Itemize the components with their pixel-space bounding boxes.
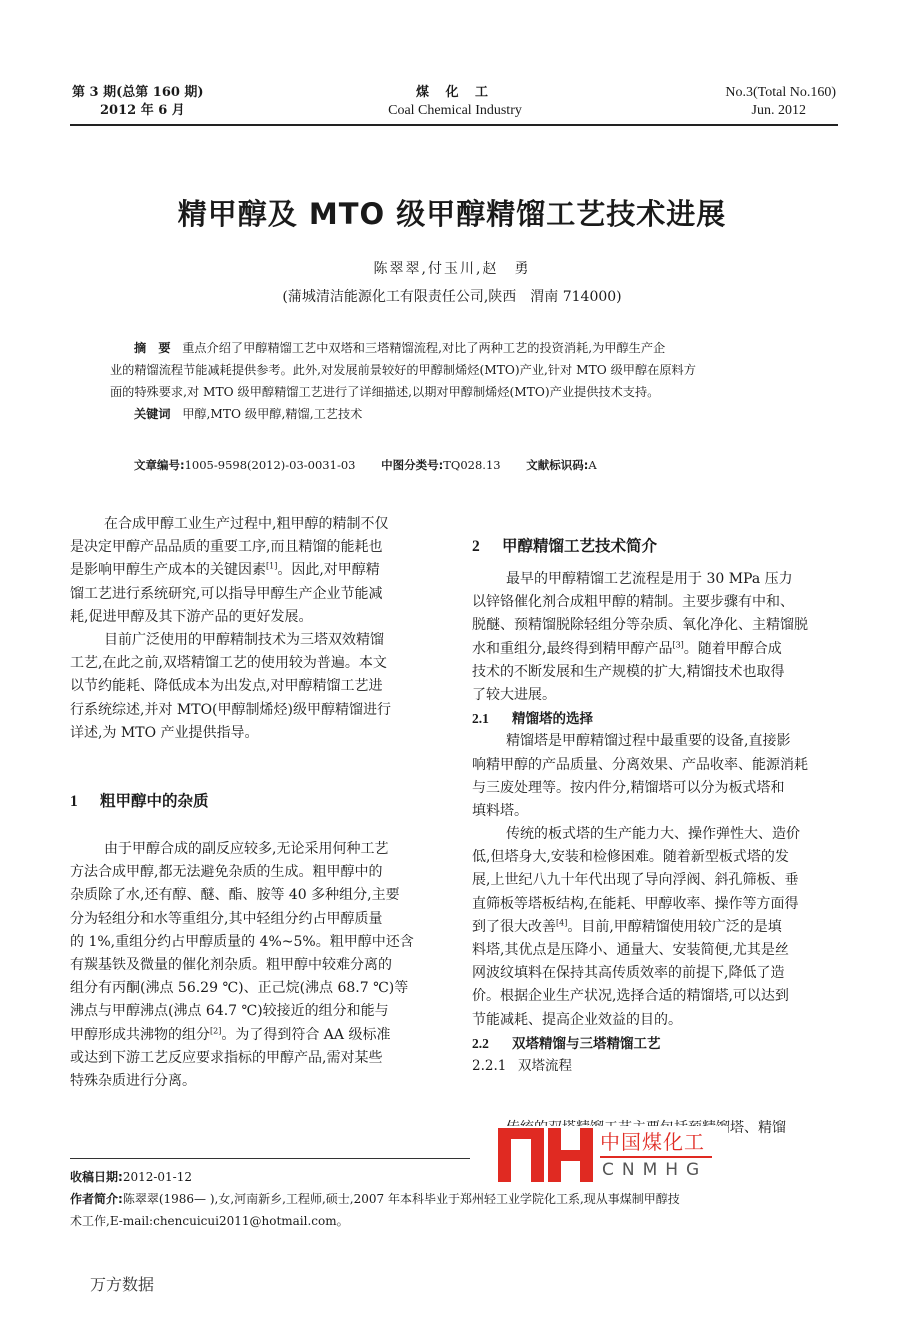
article-title: 精甲醇及 MTO 级甲醇精馏工艺技术进展 bbox=[60, 192, 844, 233]
section-1-body: 由于甲醇合成的副反应较多,无论采用何种工艺 方法合成甲醇,都无法避免杂质的生成。… bbox=[70, 838, 442, 1093]
body-line: 料塔,其优点是压降小、通量大、安装简便,尤其是丝 bbox=[472, 939, 836, 962]
doc-code-label: 文献标识码: bbox=[526, 458, 588, 472]
author-bio: 作者简介:陈翠翠(1986— ),女,河南新乡,工程师,硕士,2007 年本科毕… bbox=[70, 1188, 840, 1210]
body-line: 到了很大改善[4]。目前,甲醇精馏使用较广泛的是填 bbox=[472, 916, 836, 939]
received-date: 收稿日期:2012-01-12 bbox=[70, 1166, 840, 1188]
issue-info-en: No.3(Total No.160) Jun. 2012 bbox=[725, 84, 836, 120]
source-watermark: 万方数据 bbox=[90, 1272, 154, 1295]
body-line: 了较大进展。 bbox=[472, 684, 836, 707]
issue-number-en: No.3(Total No.160) bbox=[725, 84, 836, 102]
citation-ref[interactable]: [4] bbox=[556, 918, 567, 927]
body-line: 耗,促进甲醇及其下游产品的更好发展。 bbox=[70, 606, 442, 629]
citation-ref[interactable]: [3] bbox=[672, 640, 683, 649]
issue-date-cn: 2012 年 6 月 bbox=[72, 102, 204, 120]
issue-info-cn: 第 3 期(总第 160 期) 2012 年 6 月 bbox=[72, 84, 204, 120]
article-no-label: 文章编号: bbox=[134, 458, 185, 472]
logo-rule bbox=[600, 1156, 712, 1158]
body-line: 低,但塔身大,安装和检修困难。随着新型板式塔的发 bbox=[472, 846, 836, 869]
body-line: 传统的板式塔的生产能力大、操作弹性大、造价 bbox=[472, 823, 836, 846]
footnote-rule bbox=[70, 1158, 470, 1159]
author-bio-contd: 术工作,E-mail:chencuicui2011@hotmail.com。 bbox=[70, 1210, 840, 1232]
body-line: 最早的甲醇精馏工艺流程是用于 30 MPa 压力 bbox=[472, 568, 836, 591]
body-line: 技术的不断发展和生产规模的扩大,精馏技术也取得 bbox=[472, 661, 836, 684]
body-line: 详述,为 MTO 产业提供指导。 bbox=[70, 722, 442, 745]
citation-ref[interactable]: [2] bbox=[210, 1026, 221, 1035]
body-line: 价。根据企业生产状况,选择合适的精馏塔,可以达到 bbox=[472, 985, 836, 1008]
keywords: 关键词 甲醇,MTO 级甲醇,精馏,工艺技术 bbox=[110, 403, 840, 425]
body-line: 目前广泛使用的甲醇精制技术为三塔双效精馏 bbox=[70, 629, 442, 652]
abstract-label: 摘 要 bbox=[134, 341, 171, 355]
body-line: 在合成甲醇工业生产过程中,粗甲醇的精制不仅 bbox=[70, 513, 442, 536]
body-line: 杂质除了水,还有醇、醚、酯、胺等 40 多种组分,主要 bbox=[70, 884, 442, 907]
abstract-line: 重点介绍了甲醇精馏工艺中双塔和三塔精馏流程,对比了两种工艺的投资消耗,为甲醇生产… bbox=[182, 341, 665, 355]
abstract-line: 业的精馏流程节能减耗提供参考。此外,对发展前景较好的甲醇制烯烃(MTO)产业,针… bbox=[110, 359, 840, 381]
body-line: 以锌铬催化剂合成粗甲醇的精制。主要步骤有中和、 bbox=[472, 591, 836, 614]
clc-number: TQ028.13 bbox=[443, 458, 500, 472]
body-line: 方法合成甲醇,都无法避免杂质的生成。粗甲醇中的 bbox=[70, 861, 442, 884]
subsection-2-1-heading: 2.1精馏塔的选择 bbox=[472, 707, 836, 730]
header-rule bbox=[70, 124, 838, 126]
body-line: 组分有丙酮(沸点 56.29 ℃)、正己烷(沸点 68.7 ℃)等 bbox=[70, 977, 442, 1000]
body-line: 直筛板等塔板结构,在能耗、甲醇收率、操作等方面得 bbox=[472, 893, 836, 916]
issue-number-cn: 第 3 期(总第 160 期) bbox=[72, 84, 204, 102]
body-line: 甲醇形成共沸物的组分[2]。为了得到符合 AA 级标准 bbox=[70, 1024, 442, 1047]
body-line: 是决定甲醇产品品质的重要工序,而且精馏的能耗也 bbox=[70, 536, 442, 559]
body-line: 有羰基铁及微量的催化剂杂质。粗甲醇中较难分离的 bbox=[70, 954, 442, 977]
body-line: 以节约能耗、降低成本为出发点,对甲醇精馏工艺进 bbox=[70, 675, 442, 698]
body-line: 或达到下游工艺反应要求指标的甲醇产品,需对某些 bbox=[70, 1047, 442, 1070]
body-line: 精馏塔是甲醇精馏过程中最重要的设备,直接影 bbox=[472, 730, 836, 753]
body-line: 脱醚、预精馏脱除轻组分等杂质、氧化净化、主精馏脱 bbox=[472, 614, 836, 637]
body-line: 水和重组分,最终得到精甲醇产品[3]。随着甲醇合成 bbox=[472, 638, 836, 661]
clc-label: 中图分类号: bbox=[381, 458, 443, 472]
issue-date-en: Jun. 2012 bbox=[725, 102, 836, 120]
body-line: 行系统综述,并对 MTO(甲醇制烯烃)级甲醇精馏进行 bbox=[70, 699, 442, 722]
footnote: 收稿日期:2012-01-12 作者简介:陈翠翠(1986— ),女,河南新乡,… bbox=[70, 1166, 840, 1232]
body-line: 的 1%,重组分约占甲醇质量的 4%~5%。粗甲醇中还含 bbox=[70, 931, 442, 954]
journal-name-cn: 煤 化 工 bbox=[340, 84, 570, 102]
body-line: 馏工艺进行系统研究,可以指导甲醇生产企业节能减 bbox=[70, 583, 442, 606]
keywords-label: 关键词 bbox=[134, 407, 171, 421]
journal-name-en: Coal Chemical Industry bbox=[340, 102, 570, 120]
body-line: 特殊杂质进行分离。 bbox=[70, 1070, 442, 1093]
body-line: 分为轻组分和水等重组分,其中轻组分约占甲醇质量 bbox=[70, 908, 442, 931]
body-line: 与三废处理等。按内件分,精馏塔可以分为板式塔和 bbox=[472, 777, 836, 800]
body-line: 是影响甲醇生产成本的关键因素[1]。因此,对甲醇精 bbox=[70, 559, 442, 582]
doc-code: A bbox=[588, 458, 596, 472]
journal-name: 煤 化 工 Coal Chemical Industry bbox=[340, 84, 570, 120]
logo-text-cn: 中国煤化工 bbox=[600, 1126, 705, 1155]
article-affiliation: (蒲城清洁能源化工有限责任公司,陕西 渭南 714000) bbox=[60, 286, 844, 306]
citation-ref[interactable]: [1] bbox=[266, 562, 277, 571]
keywords-value: 甲醇,MTO 级甲醇,精馏,工艺技术 bbox=[182, 407, 362, 421]
left-column: 在合成甲醇工业生产过程中,粗甲醇的精制不仅 是决定甲醇产品品质的重要工序,而且精… bbox=[70, 513, 442, 745]
body-line: 响精甲醇的产品质量、分离效果、产品收率、能源消耗 bbox=[472, 754, 836, 777]
body-line: 节能减耗、提高企业效益的目的。 bbox=[472, 1009, 836, 1032]
body-line: 展,上世纪八九十年代出现了导向浮阀、斜孔筛板、垂 bbox=[472, 869, 836, 892]
body-line: 沸点与甲醇沸点(沸点 64.7 ℃)较接近的组分和能与 bbox=[70, 1000, 442, 1023]
section-2-body: 最早的甲醇精馏工艺流程是用于 30 MPa 压力 以锌铬催化剂合成粗甲醇的精制。… bbox=[472, 568, 836, 1078]
section-2-heading: 2甲醇精馏工艺技术简介 bbox=[472, 534, 657, 556]
subsection-2-2-1-heading: 2.2.1双塔流程 bbox=[472, 1055, 836, 1078]
article-no: 1005-9598(2012)-03-0031-03 bbox=[185, 458, 356, 472]
abstract: 摘 要 重点介绍了甲醇精馏工艺中双塔和三塔精馏流程,对比了两种工艺的投资消耗,为… bbox=[110, 337, 840, 425]
section-1-heading: 1粗甲醇中的杂质 bbox=[70, 789, 209, 811]
body-line: 网波纹填料在保持其高传质效率的前提下,降低了造 bbox=[472, 962, 836, 985]
body-line: 由于甲醇合成的副反应较多,无论采用何种工艺 bbox=[70, 838, 442, 861]
subsection-2-2-heading: 2.2双塔精馏与三塔精馏工艺 bbox=[472, 1032, 836, 1055]
article-authors: 陈翠翠,付玉川,赵 勇 bbox=[60, 258, 844, 278]
body-line: 填料塔。 bbox=[472, 800, 836, 823]
abstract-line: 面的特殊要求,对 MTO 级甲醇精馏工艺进行了详细描述,以期对甲醇制烯烃(MTO… bbox=[110, 381, 840, 403]
article-meta: 文章编号:1005-9598(2012)-03-0031-03 中图分类号:TQ… bbox=[134, 457, 597, 473]
body-line: 工艺,在此之前,双塔精馏工艺的使用较为普遍。本文 bbox=[70, 652, 442, 675]
